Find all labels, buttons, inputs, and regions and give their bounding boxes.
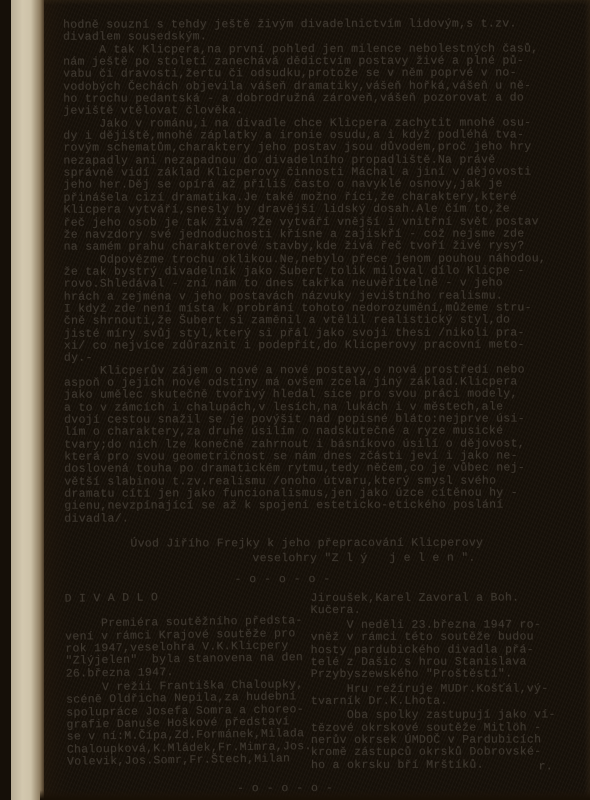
body-paragraph-4: Odpovězme trochu oklikou.Ne,nebylo přece… [64,253,566,365]
two-column-section: D I V A D L O Premiéra soutěžního předst… [64,592,566,774]
right-column-paragraph-2: V neděli 23.března 1947 ro- vněž v rámci… [311,619,567,681]
left-column-paragraph-1: Premiéra soutěžního předsta- vení v rámc… [65,615,312,680]
typewritten-content: hodně souzní s tehdy ještě živým divadel… [63,18,567,796]
body-paragraph-3: Jako v románu,i na divadle chce Klicpera… [63,117,565,254]
ornament-separator-top: - o - o - o - [234,573,566,586]
left-column-paragraph-2: V režii Františka Chaloupky, scéně Oldři… [66,679,313,769]
photo-top-shadow [44,0,590,5]
book-gutter-shadow [44,0,72,800]
photo-bottom-shadow [40,790,590,800]
photo-right-shadow [584,0,590,800]
left-column: D I V A D L O Premiéra soutěžního předst… [64,590,313,775]
right-column: Jiroušek,Karel Zavoral a Boh. Kučera. V … [310,592,566,774]
body-paragraph-5: Klicperův zájem o nové a nové postavy,o … [64,364,566,526]
section-heading: D I V A D L O [64,590,310,606]
caption-line-2: veselohry "Z l ý j e l e n ". [252,553,566,566]
body-paragraph-1: hodně souzní s tehdy ještě živým divadel… [63,18,565,44]
right-column-paragraph-3: Hru režíruje MUDr.Košťál,vý- tvarník Dr.… [311,683,567,708]
scanned-page: hodně souzní s tehdy ještě živým divadel… [44,0,590,800]
right-column-paragraph-1: Jiroušek,Karel Zavoral a Boh. Kučera. [310,592,566,617]
caption-line-1: Úvod Jiřího Frejky k jeho přepracování K… [130,537,566,550]
book-page-photo: hodně souzní s tehdy ještě živým divadel… [0,0,590,800]
body-paragraph-2: A tak Klicpera,na první pohled jen milen… [63,43,565,118]
adjacent-page-edge [11,0,44,800]
